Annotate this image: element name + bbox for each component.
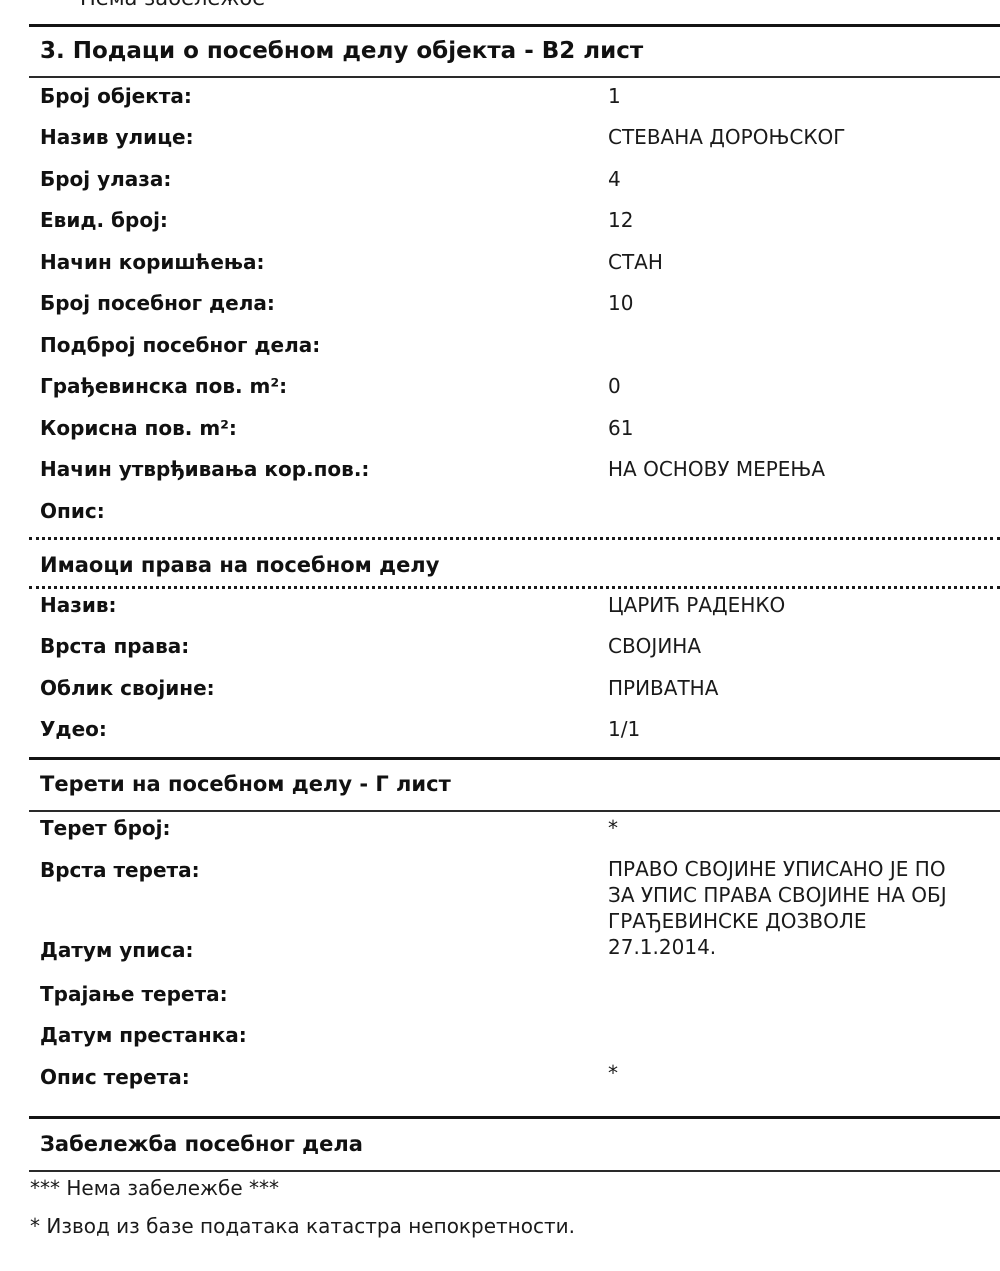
field-value: * xyxy=(608,1061,618,1085)
field-label: Евид. број: xyxy=(40,208,168,232)
section-divider xyxy=(29,76,1000,78)
field-row: Облик својине: ПРИВАТНА xyxy=(0,676,1000,706)
field-label: Опис терета: xyxy=(40,1065,190,1089)
field-label: Датум престанка: xyxy=(40,1023,247,1047)
notes-title: Забележба посебног дела xyxy=(40,1132,363,1156)
field-label: Грађевинска пов. m²: xyxy=(40,374,287,398)
field-label: Врста терета: xyxy=(40,858,200,882)
section3-title: 3. Подаци о посебном делу објекта - В2 л… xyxy=(40,38,643,64)
field-row: Евид. број: 12 xyxy=(0,208,1000,238)
section-divider xyxy=(29,24,1000,27)
field-value: СТЕВАНА ДОРОЊСКОГ xyxy=(608,125,845,149)
burden-type-line: ПРАВО СВОЈИНЕ УПИСАНО ЈЕ ПО xyxy=(608,856,947,882)
field-row: Број улаза: 4 xyxy=(0,167,1000,197)
field-label: Трајање терета: xyxy=(40,982,228,1006)
field-label: Подброј посебног дела: xyxy=(40,333,320,357)
field-label: Начин коришћења: xyxy=(40,250,265,274)
field-row: Назив: ЦАРИЋ РАДЕНКО xyxy=(0,593,1000,623)
owners-title: Имаоци права на посебном делу xyxy=(40,553,439,577)
field-label: Назив: xyxy=(40,593,117,617)
field-label: Број посебног дела: xyxy=(40,291,275,315)
burden-type-line: ЗА УПИС ПРАВА СВОЈИНЕ НА ОБЈ xyxy=(608,882,947,908)
field-label: Датум уписа: xyxy=(40,938,193,962)
footnote: * Извод из базе података катастра непокр… xyxy=(30,1214,575,1238)
field-value: ПРИВАТНА xyxy=(608,676,718,700)
section-divider xyxy=(29,1116,1000,1119)
field-value: 4 xyxy=(608,167,621,191)
section-divider xyxy=(29,757,1000,760)
field-value: 1/1 xyxy=(608,717,640,741)
field-value: 10 xyxy=(608,291,633,315)
field-row: Удео: 1/1 xyxy=(0,717,1000,747)
field-row: Подброј посебног дела: xyxy=(0,333,1000,363)
field-label: Број улаза: xyxy=(40,167,171,191)
dotted-divider xyxy=(29,537,1000,540)
field-value: 12 xyxy=(608,208,633,232)
field-label: Опис: xyxy=(40,499,105,523)
field-label: Облик својине: xyxy=(40,676,215,700)
field-row: Назив улице: СТЕВАНА ДОРОЊСКОГ xyxy=(0,125,1000,155)
field-row: Грађевинска пов. m²: 0 xyxy=(0,374,1000,404)
field-value: 1 xyxy=(608,84,621,108)
field-value: 61 xyxy=(608,416,633,440)
field-row: Корисна пов. m²: 61 xyxy=(0,416,1000,446)
field-row: Датум престанка: xyxy=(0,1023,1000,1053)
field-label: Удео: xyxy=(40,717,107,741)
field-row: Трајање терета: xyxy=(0,982,1000,1012)
field-value: СВОЈИНА xyxy=(608,634,701,658)
previous-section-note: Нема забележбе xyxy=(80,0,265,10)
field-value: * xyxy=(608,816,618,840)
field-row: Начин коришћења: СТАН xyxy=(0,250,1000,280)
field-label: Број објекта: xyxy=(40,84,192,108)
field-row: Опис: xyxy=(0,499,1000,529)
field-value: НА ОСНОВУ МЕРЕЊА xyxy=(608,457,825,481)
field-value: СТАН xyxy=(608,250,663,274)
field-label: Назив улице: xyxy=(40,125,194,149)
field-value: 0 xyxy=(608,374,621,398)
field-row: Врста права: СВОЈИНА xyxy=(0,634,1000,664)
field-label: Начин утврђивања кор.пов.: xyxy=(40,457,369,481)
section-divider xyxy=(29,1170,1000,1172)
burden-type-line: ГРАЂЕВИНСКЕ ДОЗВОЛЕ xyxy=(608,908,947,934)
field-row: Терет број: * xyxy=(0,816,1000,846)
burdens-title: Терети на посебном делу - Г лист xyxy=(40,772,451,796)
field-row: Датум уписа: xyxy=(0,938,1000,968)
field-row: Опис терета: * xyxy=(0,1065,1000,1095)
field-label: Корисна пов. m²: xyxy=(40,416,237,440)
field-value: ЦАРИЋ РАДЕНКО xyxy=(608,593,785,617)
field-row: Број објекта: 1 xyxy=(0,84,1000,114)
field-label: Врста права: xyxy=(40,634,189,658)
field-row: Број посебног дела: 10 xyxy=(0,291,1000,321)
field-label: Терет број: xyxy=(40,816,171,840)
no-notes-text: *** Нема забележбе *** xyxy=(30,1176,279,1200)
section-divider xyxy=(29,810,1000,812)
field-row: Начин утврђивања кор.пов.: НА ОСНОВУ МЕР… xyxy=(0,457,1000,487)
cadastre-extract-page: Нема забележбе 3. Подаци о посебном делу… xyxy=(0,0,1000,1271)
dotted-divider xyxy=(29,586,1000,589)
